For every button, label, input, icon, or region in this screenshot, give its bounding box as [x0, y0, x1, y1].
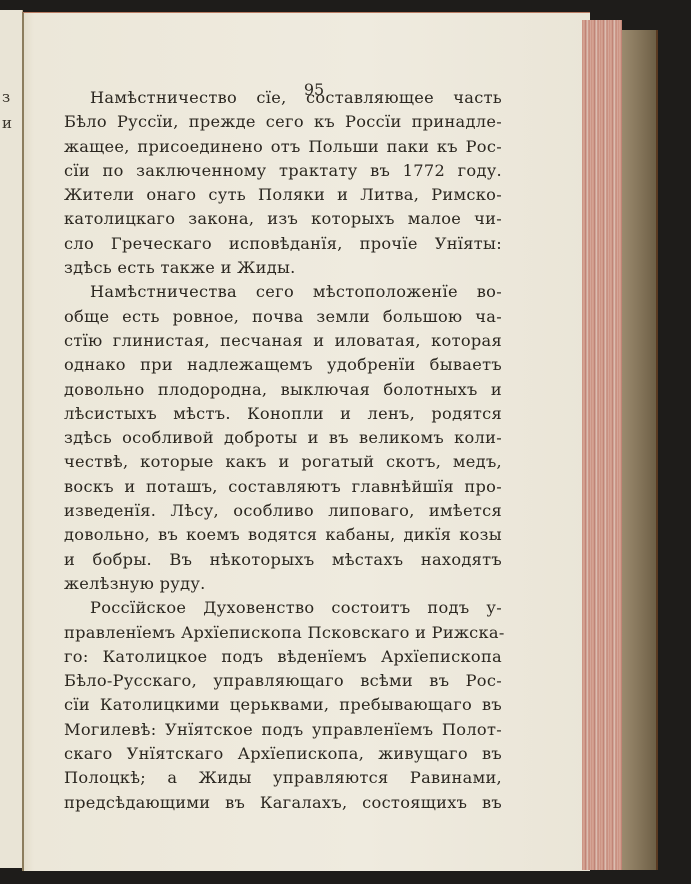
text-line: однако при надлежащемъ удобренїи бываетъ	[64, 353, 502, 377]
text-line: обще есть ровное, почва земли большою ча…	[64, 305, 502, 329]
left-page-fragment: з	[2, 88, 10, 106]
text-line: Жители онаго суть Поляки и Литва, Римско…	[64, 183, 502, 207]
text-line: скаго Унїятскаго Архїепископа, живущаго …	[64, 742, 502, 766]
text-line: сло Греческаго исповѣданїя, прочїе Унїят…	[64, 232, 502, 256]
text-line: католицкаго закона, изъ которыхъ малое ч…	[64, 207, 502, 231]
left-page-fragment: и	[2, 114, 12, 132]
text-line: Бѣло Руссїи, прежде сего къ Россїи прина…	[64, 110, 502, 134]
text-line: сїи по заключенному трактату въ 1772 год…	[64, 159, 502, 183]
page-text: Намѣстничество сїе, составляющее частьБѣ…	[64, 86, 502, 815]
text-line: здѣсь особливой доброты и въ великомъ ко…	[64, 426, 502, 450]
text-line: го: Католицкое подъ вѣденїемъ Архїеписко…	[64, 645, 502, 669]
text-line: довольно плодородна, выключая болотныхъ …	[64, 378, 502, 402]
book-cover-edge	[622, 30, 658, 870]
text-line: чествѣ, которые какъ и рогатый скотъ, ме…	[64, 450, 502, 474]
text-line: Намѣстничество сїе, составляющее часть	[64, 86, 502, 110]
text-line: Россїйское Духовенство состоитъ подъ у-	[64, 596, 502, 620]
text-line: Полоцкѣ; а Жиды управляются Равинами,	[64, 766, 502, 790]
text-line: сїи Католицкими церьквами, пребывающаго …	[64, 693, 502, 717]
text-line: Намѣстничества сего мѣстоположенїе во-	[64, 280, 502, 304]
text-line: воскъ и поташъ, составляютъ главнѣйшїя п…	[64, 475, 502, 499]
text-line: изведенїя. Лѣсу, особливо липоваго, имѣе…	[64, 499, 502, 523]
text-line: предсѣдающими въ Кагалахъ, состоящихъ въ	[64, 791, 502, 815]
text-line: жащее, присоединено отъ Польши паки къ Р…	[64, 135, 502, 159]
text-line: желѣзную руду.	[64, 572, 502, 596]
text-line: Бѣло-Русскаго, управляющаго всѣми въ Рос…	[64, 669, 502, 693]
text-line: Могилевѣ: Унїятское подъ управленїемъ По…	[64, 718, 502, 742]
text-line: лѣсистыхъ мѣстъ. Конопли и ленъ, родятся	[64, 402, 502, 426]
text-line: здѣсь есть также и Жиды.	[64, 256, 502, 280]
page-edges	[582, 20, 622, 870]
text-line: и бобры. Въ нѣкоторыхъ мѣстахъ находятъ	[64, 548, 502, 572]
text-line: стїю глинистая, песчаная и иловатая, кот…	[64, 329, 502, 353]
left-page-edge: з и	[0, 10, 23, 868]
text-line: довольно, въ коемъ водятся кабаны, дикїя…	[64, 523, 502, 547]
text-line: правленїемъ Архїепископа Псковскаго и Ри…	[64, 621, 502, 645]
